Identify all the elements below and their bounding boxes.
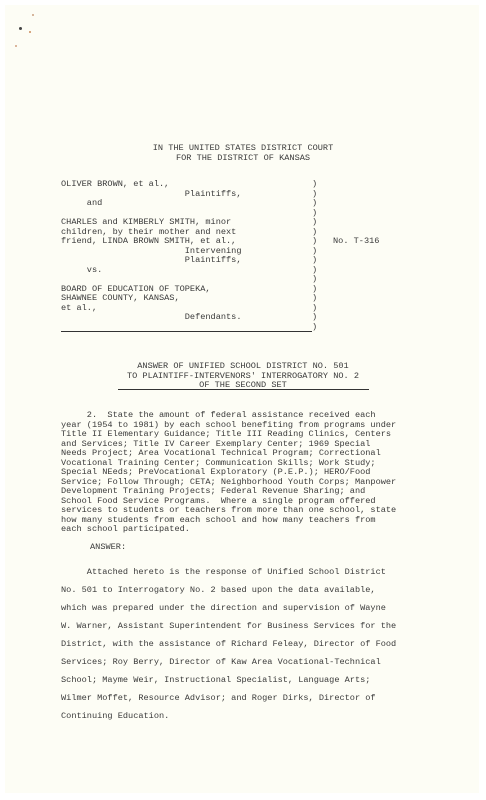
bracket-glyph: ) <box>312 217 317 227</box>
answer-text: Attached hereto is the response of Unifi… <box>61 563 396 725</box>
ink-speck <box>32 14 34 16</box>
text-line: each school participated. <box>61 524 190 534</box>
text-line: services to students or teachers from mo… <box>61 505 396 515</box>
court-header: IN THE UNITED STATES DISTRICT COURT FOR … <box>0 144 486 163</box>
text-line: Special NEeds; PreVocational Exploratory… <box>61 467 370 477</box>
text-line: Attached hereto is the response of Unifi… <box>61 567 386 577</box>
bracket-glyph: ) <box>312 284 317 294</box>
caption-line: Intervening <box>61 246 242 256</box>
text-line: 2. State the amount of federal assistanc… <box>61 410 376 420</box>
bracket-glyph: ) <box>312 274 317 284</box>
answer-label: ANSWER: <box>90 543 126 553</box>
caption-line: Plaintiffs, <box>61 189 242 199</box>
caption-line: Plaintiffs, <box>61 255 242 265</box>
document-title: ANSWER OF UNIFIED SCHOOL DISTRICT NO. 50… <box>0 362 486 391</box>
bracket-glyph: ) <box>312 189 317 199</box>
text-line: District, with the assistance of Richard… <box>61 639 396 649</box>
caption-line: and <box>61 198 102 208</box>
caption-line: Defendants. <box>61 312 242 322</box>
text-line: how many students from each school and h… <box>61 515 376 525</box>
title-line: TO PLAINTIFF-INTERVENORS' INTERROGATORY … <box>127 371 359 381</box>
text-line: Title II Elementary Guidance; Title III … <box>61 429 391 439</box>
title-underline <box>118 389 369 390</box>
caption-line: friend, LINDA BROWN SMITH, et al., <box>61 236 236 246</box>
caption-line: vs. <box>61 265 102 275</box>
caption-line: et al., <box>61 303 97 313</box>
text-line: year (1954 to 1981) by each school benef… <box>61 420 396 430</box>
bracket-glyph: ) <box>312 265 317 275</box>
bracket-glyph: ) <box>312 322 317 332</box>
caption-line: SHAWNEE COUNTY, KANSAS, <box>61 293 180 303</box>
bracket-glyph: ) <box>312 227 317 237</box>
text-line: No. 501 to Interrogatory No. 2 based upo… <box>61 585 376 595</box>
text-line: which was prepared under the direction a… <box>61 603 386 613</box>
caption-divider <box>61 331 312 332</box>
bracket-glyph: ) <box>312 303 317 313</box>
caption-line: CHARLES and KIMBERLY SMITH, minor <box>61 217 231 227</box>
caption-line: BOARD OF EDUCATION OF TOPEKA, <box>61 284 211 294</box>
text-line: Services; Roy Berry, Director of Kaw Are… <box>61 657 381 667</box>
text-line: and Services; Title IV Career Exemplary … <box>61 439 370 449</box>
case-number: No. T-316 <box>333 237 379 247</box>
court-header-line2: FOR THE DISTRICT OF KANSAS <box>176 153 310 163</box>
text-line: W. Warner, Assistant Superintendent for … <box>61 621 396 631</box>
bracket-glyph: ) <box>312 236 317 246</box>
caption-bracket-column: ) ) ) ) ) ) ) ) ) ) ) ) ) ) ) ) <box>312 180 317 332</box>
text-line: Wilmer Moffet, Resource Advisor; and Rog… <box>61 693 376 703</box>
text-line: Development Training Projects; Federal R… <box>61 486 365 496</box>
bracket-glyph: ) <box>312 255 317 265</box>
bracket-glyph: ) <box>312 179 317 189</box>
title-line: ANSWER OF UNIFIED SCHOOL DISTRICT NO. 50… <box>137 361 348 371</box>
text-line: School; Mayme Weir, Instructional Specia… <box>61 675 370 685</box>
bracket-glyph: ) <box>312 312 317 322</box>
case-caption-parties: OLIVER BROWN, et al., Plaintiffs, and CH… <box>61 180 242 323</box>
text-line: Service; Follow Through; CETA; Neighborh… <box>61 477 396 487</box>
court-header-line1: IN THE UNITED STATES DISTRICT COURT <box>153 143 334 153</box>
text-line: School Food Service Programs. Where a si… <box>61 496 376 506</box>
bracket-glyph: ) <box>312 293 317 303</box>
caption-line: OLIVER BROWN, et al., <box>61 179 169 189</box>
text-line: Continuing Education. <box>61 711 169 721</box>
text-line: Vocational Training Center; Communicatio… <box>61 458 376 468</box>
bracket-glyph: ) <box>312 246 317 256</box>
ink-speck <box>19 27 22 30</box>
bracket-glyph: ) <box>312 198 317 208</box>
text-line: Needs Project; Area Vocational Technical… <box>61 448 381 458</box>
interrogatory-text: 2. State the amount of federal assistanc… <box>61 411 396 535</box>
bracket-glyph: ) <box>312 208 317 218</box>
ink-speck <box>15 45 17 47</box>
ink-speck <box>29 31 31 33</box>
caption-line: children, by their mother and next <box>61 227 236 237</box>
